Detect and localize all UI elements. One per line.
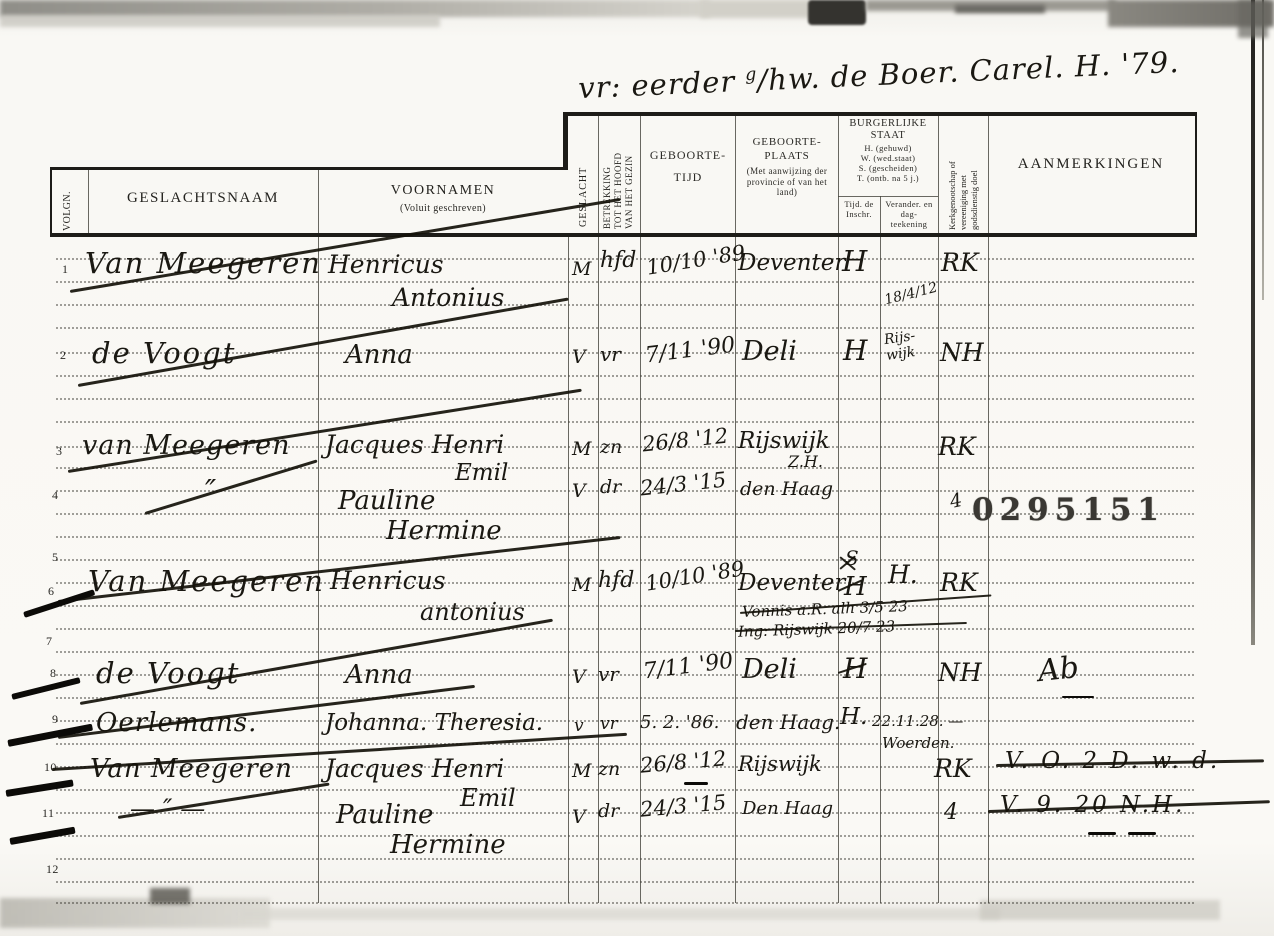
serial-stamp: 0295151 xyxy=(972,492,1165,528)
dotted-rule xyxy=(56,697,1194,699)
birth-date: 7/11 '90 xyxy=(642,649,735,685)
marital-status: H. xyxy=(840,704,867,730)
marital-status-new: H. xyxy=(888,560,918,589)
row-number: 8 xyxy=(50,666,56,681)
given-name: Jacques Henri xyxy=(325,754,504,783)
dotted-rule xyxy=(56,281,1194,283)
birth-place: Deventer xyxy=(738,570,845,596)
header-betrekking-line: BETREKKING xyxy=(602,119,613,229)
birth-place: Deli xyxy=(742,654,797,685)
table-left-border xyxy=(50,167,52,237)
header-kerk-line: godsdienstig doel xyxy=(969,118,980,230)
col-line xyxy=(318,170,319,233)
margin-dash xyxy=(23,589,95,618)
header-voornamen-sub: (Voluit geschreven) xyxy=(343,203,543,214)
header-betrekking-line: VAN HET GEZIN xyxy=(624,119,635,229)
church: RK xyxy=(934,754,972,783)
col-line xyxy=(938,116,939,233)
row-number: 5 xyxy=(52,550,58,565)
given-name: Jacques Henri xyxy=(325,430,504,459)
row-number: 2 xyxy=(60,348,66,363)
dotted-rule xyxy=(56,327,1194,329)
header-geboortetijd-1: GEBOORTE- xyxy=(642,148,734,163)
relation: hfd xyxy=(600,248,636,273)
birth-date: 26/8 '12 xyxy=(639,746,727,777)
birth-date: 24/3 '15 xyxy=(639,468,727,501)
header-betrekking: BETREKKING TOT HET HOOFD VAN HET GEZIN xyxy=(602,119,635,229)
surname: van Meegeren xyxy=(82,430,290,461)
given-name: Hermine xyxy=(390,830,506,860)
staat-subheader-divider xyxy=(838,196,938,197)
header-burgerlijke-staat-title: BURGERLIJKE STAAT xyxy=(840,118,936,141)
birth-place: Deventer xyxy=(738,250,845,276)
birth-place-province: Z.H. xyxy=(788,452,823,471)
column-line xyxy=(880,237,881,903)
dotted-rule xyxy=(56,467,1194,469)
surname: Van Meegeren xyxy=(85,246,322,280)
church: NH xyxy=(940,338,984,367)
header-voornamen: VOORNAMEN xyxy=(343,183,543,199)
row-number: 9 xyxy=(52,712,58,727)
dotted-rule xyxy=(56,398,1194,400)
scanned-register-card: VOLGN. GESLACHTSNAAM VOORNAMEN (Voluit g… xyxy=(0,0,1274,936)
sex: M xyxy=(572,574,591,596)
dotted-rule xyxy=(56,559,1194,561)
col-line xyxy=(838,116,839,233)
header-bottom-border xyxy=(50,233,1197,237)
given-name: antonius xyxy=(420,598,525,626)
top-annotation-text: /hw. de Boer. Carel. H. '79. xyxy=(757,45,1180,97)
birth-date: 26/8 '12 xyxy=(641,424,729,457)
marital-status: H xyxy=(843,334,867,367)
header-geboorteplaats-1: GEBOORTE- xyxy=(737,136,837,148)
header-staat-opt-4: T. (ontb. na 5 j.) xyxy=(840,173,936,183)
dotted-rule xyxy=(56,881,1194,883)
sex: V xyxy=(572,806,586,828)
row-number: 3 xyxy=(56,444,62,459)
relation: dr xyxy=(600,476,621,498)
birth-place: Rijswijk xyxy=(738,752,822,776)
scan-edge-line xyxy=(1251,0,1255,645)
birth-date: 10/10 '89 xyxy=(645,240,747,279)
header-geboortetijd-2: TIJD xyxy=(642,170,734,185)
col-line xyxy=(880,196,881,233)
row-number: 7 xyxy=(46,634,52,649)
column-line xyxy=(938,237,939,903)
row-number: 11 xyxy=(42,806,54,821)
col-line xyxy=(640,116,641,233)
status-change-place: wijk xyxy=(885,344,916,364)
header-geboorteplaats-2: PLAATS xyxy=(737,150,837,162)
row-number: 4 xyxy=(52,488,58,503)
stamp-prefix: 4 xyxy=(948,489,964,513)
dotted-rule xyxy=(56,858,1194,860)
header-staat-sub-1: Tijd. de Inschr. xyxy=(840,199,878,219)
church: 4 xyxy=(944,800,958,825)
birth-place: Den Haag xyxy=(742,798,833,819)
sex: M xyxy=(572,760,591,782)
header-kerk-line: vereeniging met xyxy=(958,118,969,230)
row-number: 6 xyxy=(48,584,54,599)
col-line xyxy=(598,116,599,233)
birth-place: den Haag. xyxy=(736,710,840,734)
col-line xyxy=(988,116,989,233)
header-staat-opt-3: S. (gescheiden) xyxy=(840,163,936,173)
birth-date: 5. 2. '86. xyxy=(640,712,719,733)
header-kerk-line: Kerkgenootschap of xyxy=(947,118,958,230)
column-line xyxy=(568,237,569,903)
header-geslachtsnaam: GESLACHTSNAAM xyxy=(103,190,303,207)
top-annotation-text: vr: eerder xyxy=(578,64,747,105)
sex: V xyxy=(572,346,586,368)
table-top-border xyxy=(563,112,1197,116)
header-aanmerkingen: AANMERKINGEN xyxy=(991,156,1191,173)
row-number: 1 xyxy=(62,262,68,277)
header-volgnr: VOLGN. xyxy=(62,191,73,231)
dotted-rule xyxy=(56,835,1194,837)
relation: zn xyxy=(600,436,622,458)
header-staat-opt-2: W. (wed.staat) xyxy=(840,153,936,163)
church: RK xyxy=(938,432,976,461)
column-line xyxy=(988,237,989,903)
remark-underline xyxy=(1062,696,1094,698)
scan-smudge xyxy=(240,908,1000,920)
sex: v xyxy=(574,716,584,736)
relation: dr xyxy=(598,800,619,822)
header-staat-sub-2: Verander. en dag- teekening xyxy=(882,199,936,229)
relation: vr xyxy=(600,714,618,734)
relation: vr xyxy=(600,342,621,366)
header-betrekking-line: TOT HET HOOFD xyxy=(613,119,624,229)
header-geboorteplaats-sub: (Met aanwijzing der provincie of van het… xyxy=(741,166,833,198)
church: RK xyxy=(941,248,979,277)
dotted-rule xyxy=(56,375,1194,377)
row-number: 12 xyxy=(46,862,59,877)
table-right-border xyxy=(1195,112,1197,235)
given-name: Johanna. Theresia. xyxy=(325,710,543,736)
given-name: Hermine xyxy=(386,516,502,546)
birth-place: Deli xyxy=(742,336,797,367)
status-change-date: 22.11.28. — xyxy=(872,712,963,730)
col-line xyxy=(735,116,736,233)
dotted-rule xyxy=(56,651,1194,653)
given-name: Pauline xyxy=(336,800,433,830)
remark-underline xyxy=(1088,832,1116,835)
dotted-rule xyxy=(56,536,1194,538)
marital-status: H xyxy=(842,244,867,278)
dotted-rule xyxy=(56,421,1194,423)
given-name: Pauline xyxy=(338,486,435,516)
dotted-rule xyxy=(56,743,1194,745)
church: RK xyxy=(940,568,978,597)
relation: zn xyxy=(598,758,620,780)
remark-underline xyxy=(1128,832,1156,835)
dotted-rule xyxy=(56,605,1194,607)
scan-edge-line xyxy=(1262,0,1264,300)
status-change-place: Woerden. xyxy=(882,734,954,752)
col-line xyxy=(88,170,89,233)
birth-date: 7/11 '90 xyxy=(644,333,737,369)
sex: M xyxy=(572,258,591,280)
sex: V xyxy=(572,666,586,688)
sex: M xyxy=(572,438,591,460)
scan-smudge xyxy=(700,0,812,18)
surname: de Voogt xyxy=(96,656,240,690)
scan-smudge xyxy=(955,5,1045,13)
given-name: Henricus xyxy=(330,566,446,595)
given-name: Antonius xyxy=(392,283,504,312)
dotted-rule xyxy=(56,902,1194,904)
scan-smudge xyxy=(0,15,440,27)
header-geslacht: GESLACHT xyxy=(578,167,589,227)
birth-date: 24/3 '15 xyxy=(639,790,727,821)
church: NH xyxy=(938,658,982,687)
header-staat-opt-1: H. (gehuwd) xyxy=(840,143,936,153)
scan-smudge xyxy=(808,0,866,25)
given-name: Henricus xyxy=(328,250,444,279)
scan-smudge xyxy=(1238,0,1268,38)
relation: vr xyxy=(598,662,619,686)
table-step-border xyxy=(563,112,568,170)
given-name: Anna xyxy=(345,340,413,370)
date-underline xyxy=(684,782,708,785)
header-kerkgenootschap: Kerkgenootschap of vereeniging met godsd… xyxy=(947,118,980,230)
sex: V xyxy=(572,480,586,502)
remark-scribble: Ab xyxy=(1036,650,1080,689)
relation: hfd xyxy=(598,568,634,593)
birth-place: den Haag xyxy=(740,478,833,500)
birth-place: Rijswijk xyxy=(738,428,830,454)
dotted-rule xyxy=(56,789,1194,791)
given-name: Emil xyxy=(455,460,508,486)
surname: de Voogt xyxy=(92,336,236,370)
given-name: Emil xyxy=(460,784,516,812)
top-annotation: vr: eerder g/hw. de Boer. Carel. H. '79. xyxy=(578,45,1181,105)
given-name: Anna xyxy=(345,660,413,690)
table-left-top-border xyxy=(50,167,568,170)
birth-date: 10/10 '89 xyxy=(644,556,746,595)
dotted-rule xyxy=(56,628,1194,630)
dotted-rule xyxy=(56,304,1194,306)
